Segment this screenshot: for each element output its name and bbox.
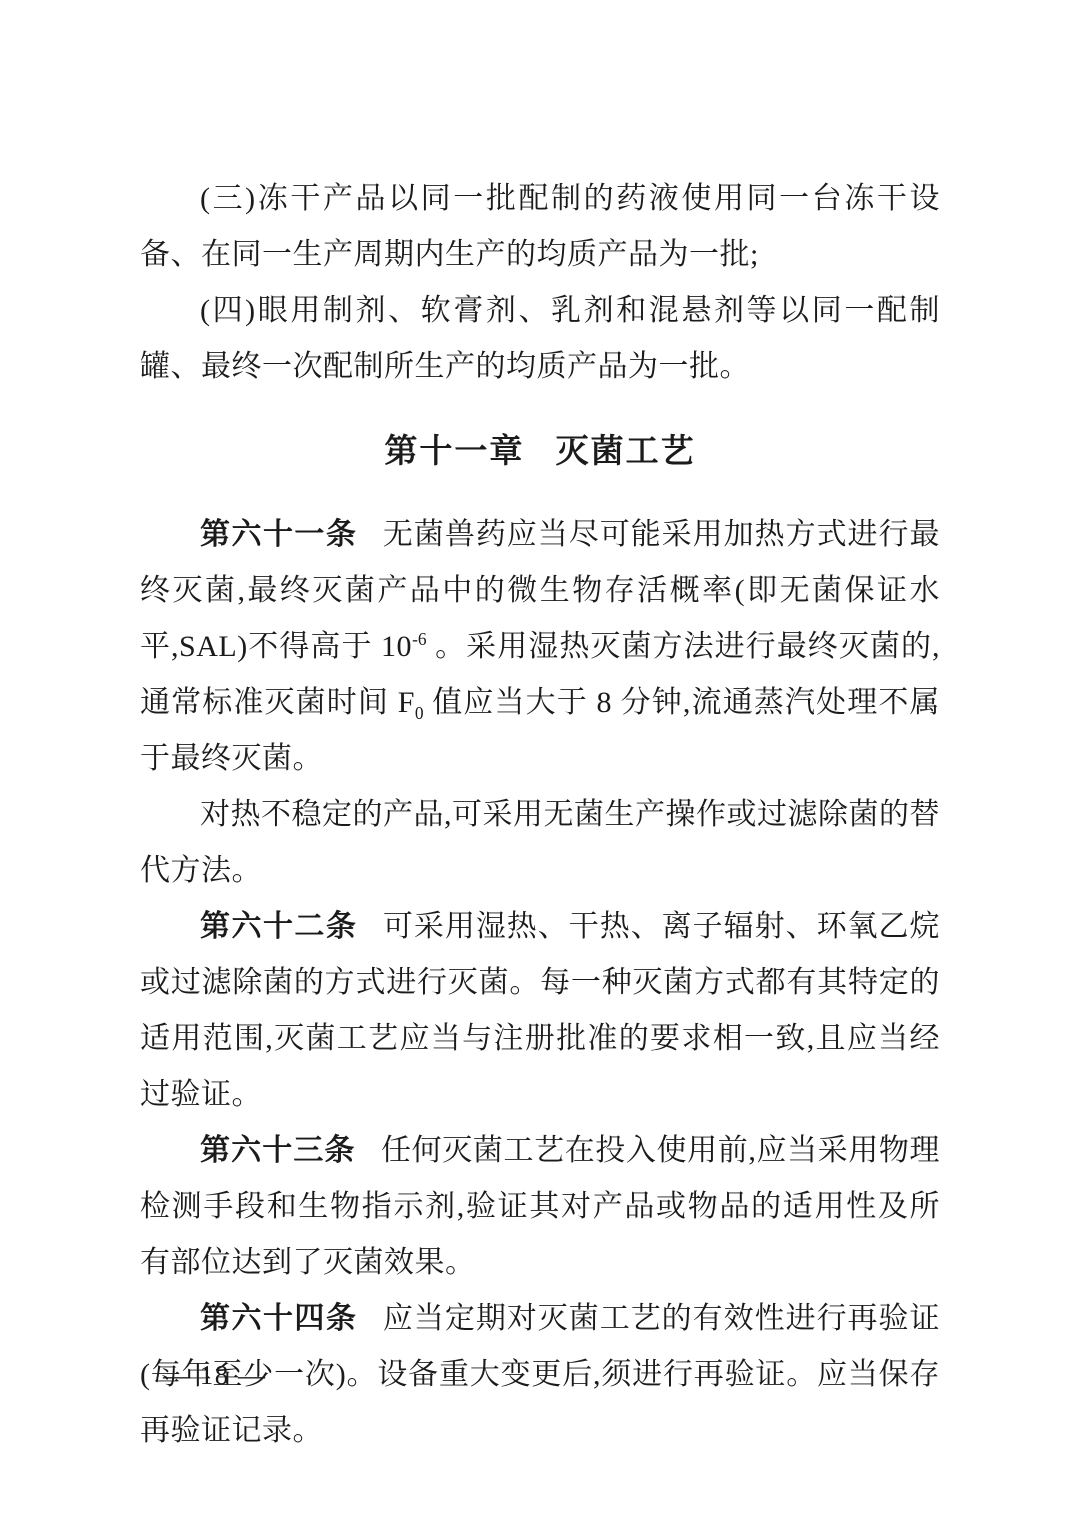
article-62: 第六十二条可采用湿热、干热、离子辐射、环氧乙烷或过滤除菌的方式进行灭菌。每一种灭… [140, 899, 940, 1123]
document-page: (三)冻干产品以同一批配制的药液使用同一台冻干设备、在同一生产周期内生产的均质产… [0, 0, 1080, 1527]
page-content: (三)冻干产品以同一批配制的药液使用同一台冻干设备、在同一生产周期内生产的均质产… [140, 171, 940, 1459]
clause-item-4: (四)眼用制剂、软膏剂、乳剂和混悬剂等以同一配制罐、最终一次配制所生产的均质产品… [140, 283, 940, 395]
chapter-heading: 第十一章灭菌工艺 [140, 423, 940, 479]
chapter-number: 第十一章 [384, 432, 524, 469]
f0-subscript: 0 [415, 703, 424, 723]
article-62-label: 第六十二条 [200, 910, 357, 943]
page-footer: — 18 — [163, 1360, 267, 1391]
chapter-title: 灭菌工艺 [556, 432, 696, 469]
sal-exponent: -6 [412, 629, 427, 649]
article-61-label: 第六十一条 [200, 518, 357, 551]
article-61-paragraph-2: 对热不稳定的产品,可采用无菌生产操作或过滤除菌的替代方法。 [140, 787, 940, 899]
clause-item-3: (三)冻干产品以同一批配制的药液使用同一台冻干设备、在同一生产周期内生产的均质产… [140, 171, 940, 283]
page-number: — 18 — [163, 1360, 267, 1390]
article-64-label: 第六十四条 [200, 1302, 357, 1335]
article-61: 第六十一条无菌兽药应当尽可能采用加热方式进行最终灭菌,最终灭菌产品中的微生物存活… [140, 507, 940, 787]
article-63-label: 第六十三条 [200, 1134, 356, 1167]
article-63: 第六十三条任何灭菌工艺在投入使用前,应当采用物理检测手段和生物指示剂,验证其对产… [140, 1123, 940, 1291]
